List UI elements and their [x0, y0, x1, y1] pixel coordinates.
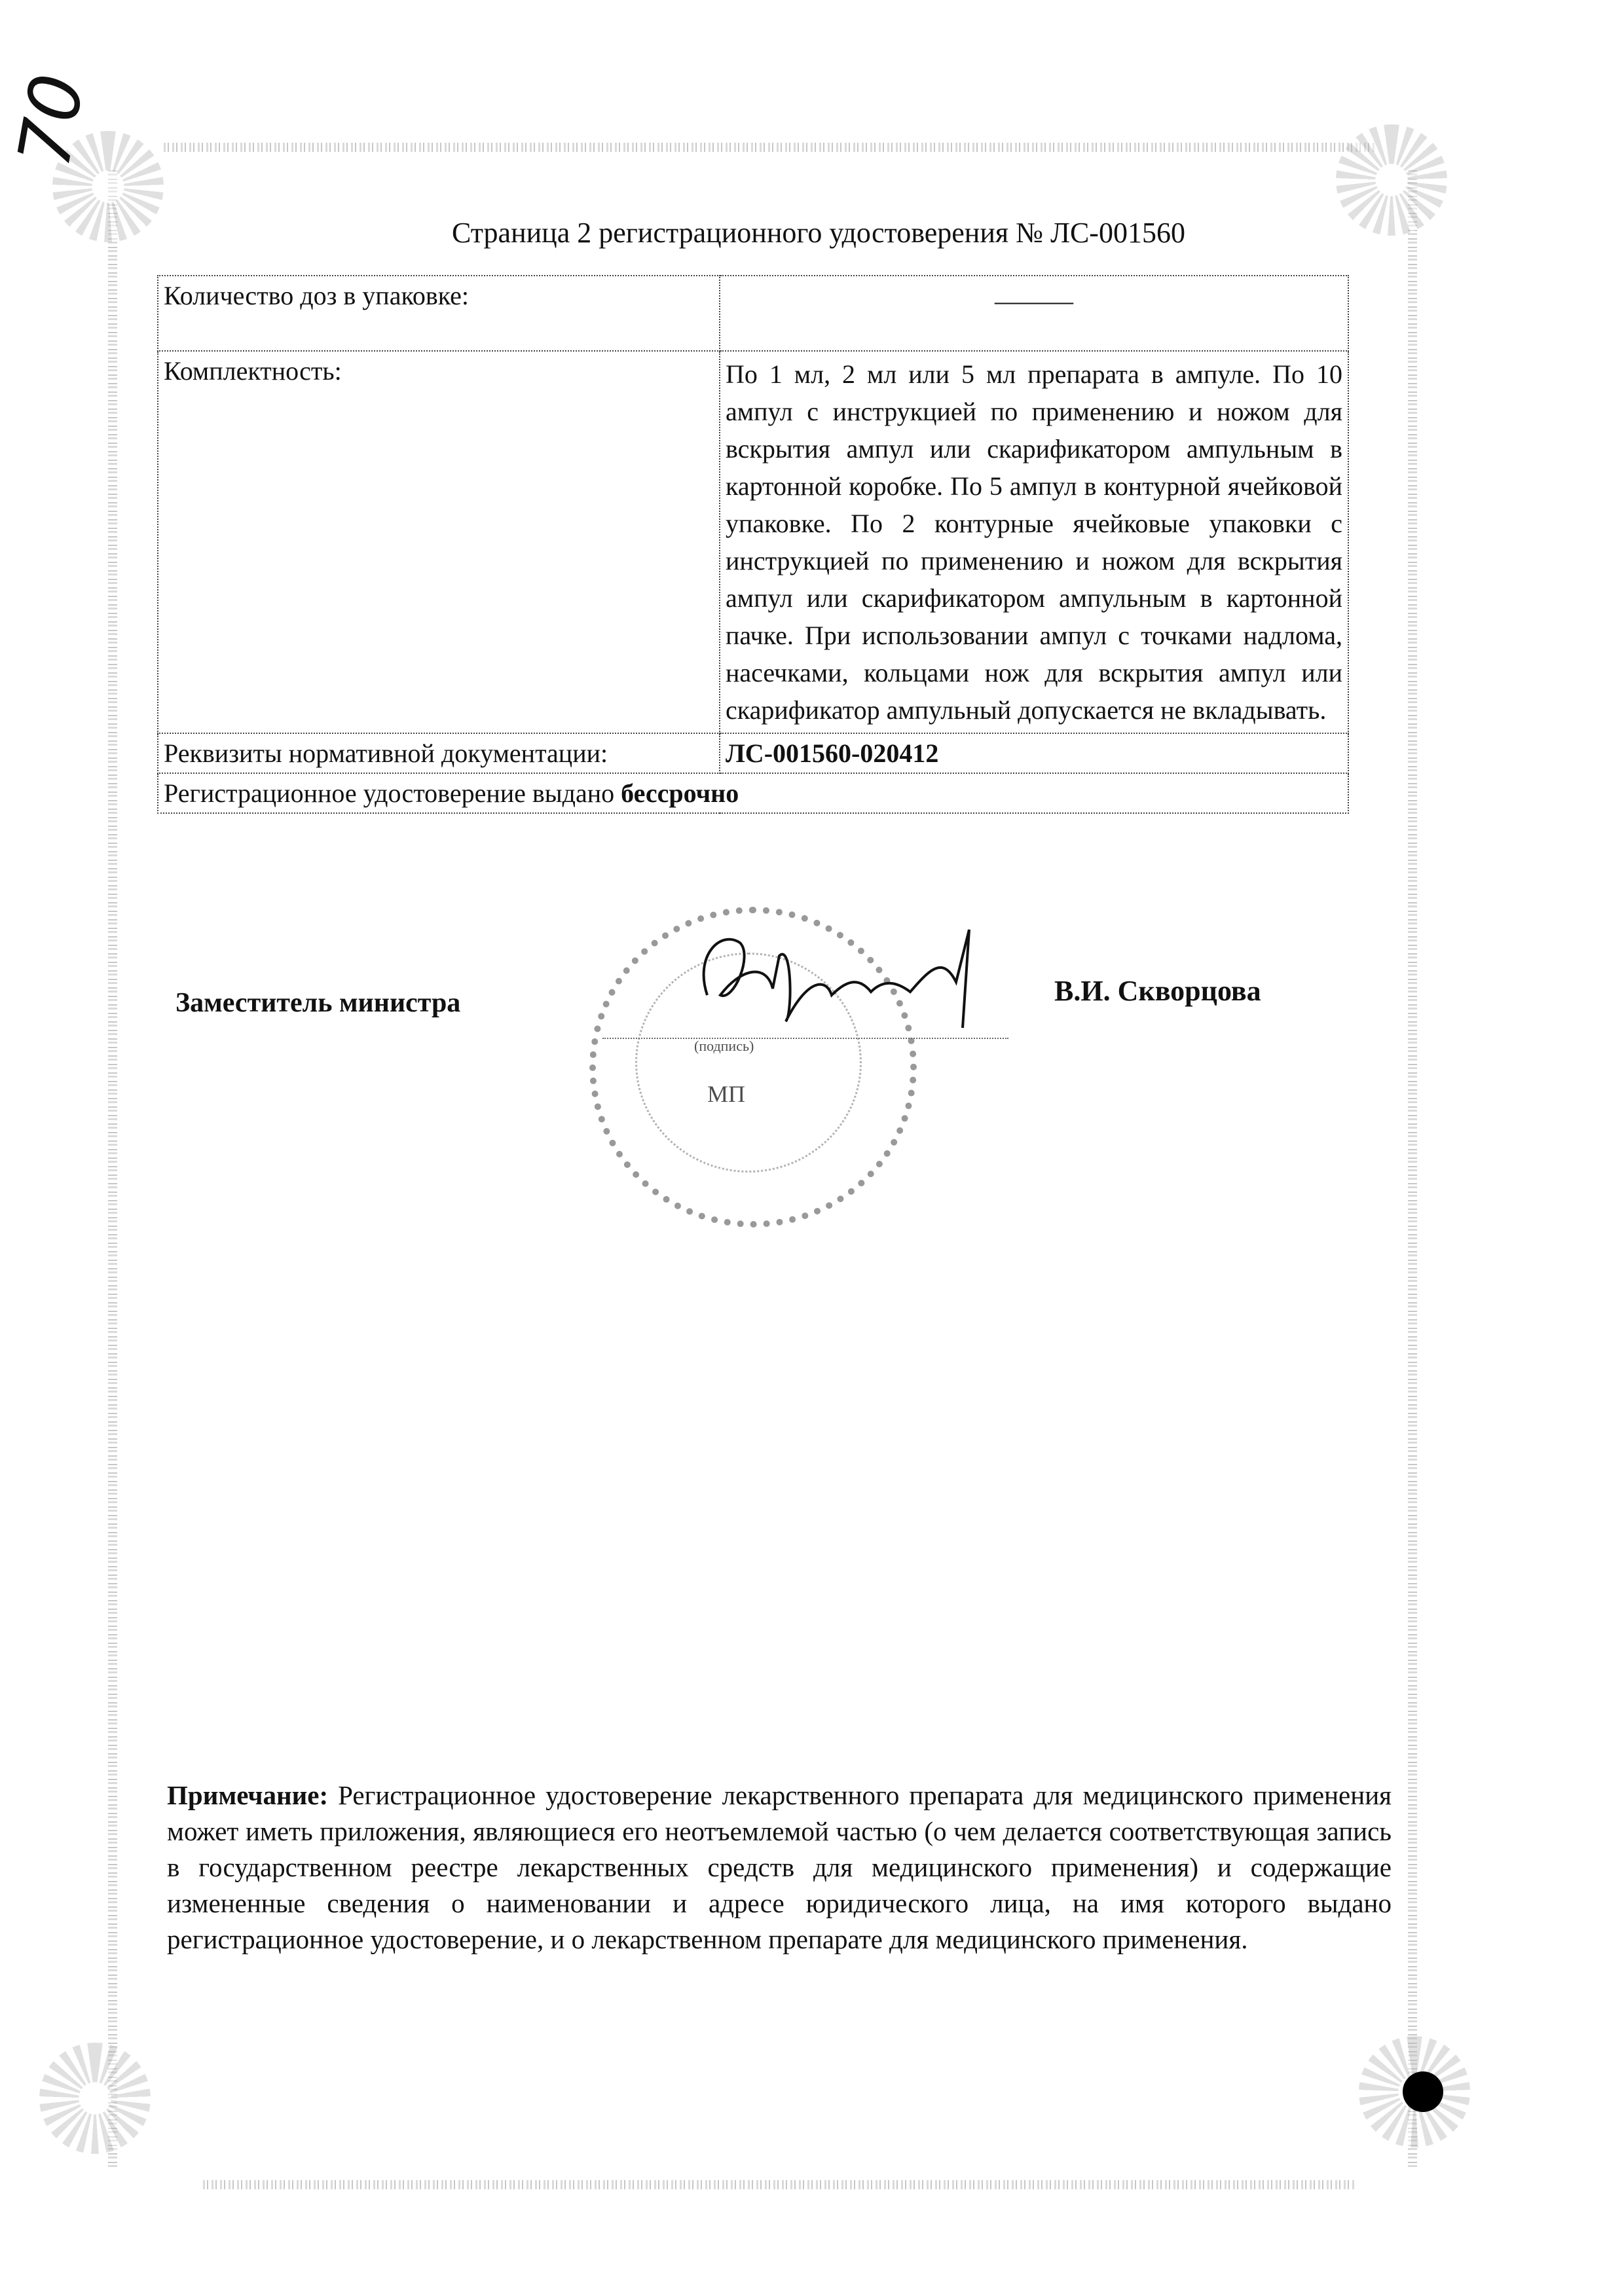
- page-title: Страница 2 регистрационного удостоверени…: [452, 216, 1185, 249]
- stamp-label: МП: [707, 1080, 745, 1108]
- validity-cell: Регистрационное удостоверение выдано бес…: [158, 773, 1348, 813]
- note-text: Регистрационное удостоверение лекарствен…: [167, 1780, 1392, 1954]
- certificate-table: Количество доз в упаковке: ——— Комплектн…: [157, 275, 1349, 814]
- table-row: Реквизиты нормативной документации: ЛС-0…: [158, 733, 1348, 773]
- corner-rosette-top-right: [1336, 124, 1447, 236]
- dose-count-value: ———: [720, 276, 1348, 351]
- table-row: Количество доз в упаковке: ———: [158, 276, 1348, 351]
- table-row: Регистрационное удостоверение выдано бес…: [158, 773, 1348, 813]
- handwritten-mark: 70: [2, 68, 100, 173]
- handwritten-signature-icon: [681, 917, 1048, 1048]
- corner-rosette-bottom-left: [39, 2043, 151, 2154]
- validity-term: бессрочно: [621, 778, 739, 808]
- signer-position: Заместитель министра: [175, 987, 460, 1019]
- punch-hole-icon: [1403, 2071, 1443, 2112]
- signer-name: В.И. Скворцова: [1054, 974, 1261, 1008]
- completeness-value: По 1 мл, 2 мл или 5 мл препарата в ампул…: [720, 351, 1348, 733]
- table-row: Комплектность: По 1 мл, 2 мл или 5 мл пр…: [158, 351, 1348, 733]
- normative-doc-value: ЛС-001560-020412: [720, 733, 1348, 773]
- decorative-border-right: [1408, 170, 1417, 2167]
- note-label: Примечание:: [167, 1780, 328, 1810]
- validity-text: Регистрационное удостоверение выдано: [164, 778, 614, 808]
- decorative-border-bottom: [203, 2180, 1356, 2189]
- decorative-border-top: [164, 143, 1375, 152]
- dose-count-label: Количество доз в упаковке:: [158, 276, 720, 351]
- normative-doc-label: Реквизиты нормативной документации:: [158, 733, 720, 773]
- note-paragraph: Примечание: Регистрационное удостоверени…: [167, 1777, 1392, 1958]
- decorative-border-left: [108, 170, 117, 2167]
- completeness-label: Комплектность:: [158, 351, 720, 733]
